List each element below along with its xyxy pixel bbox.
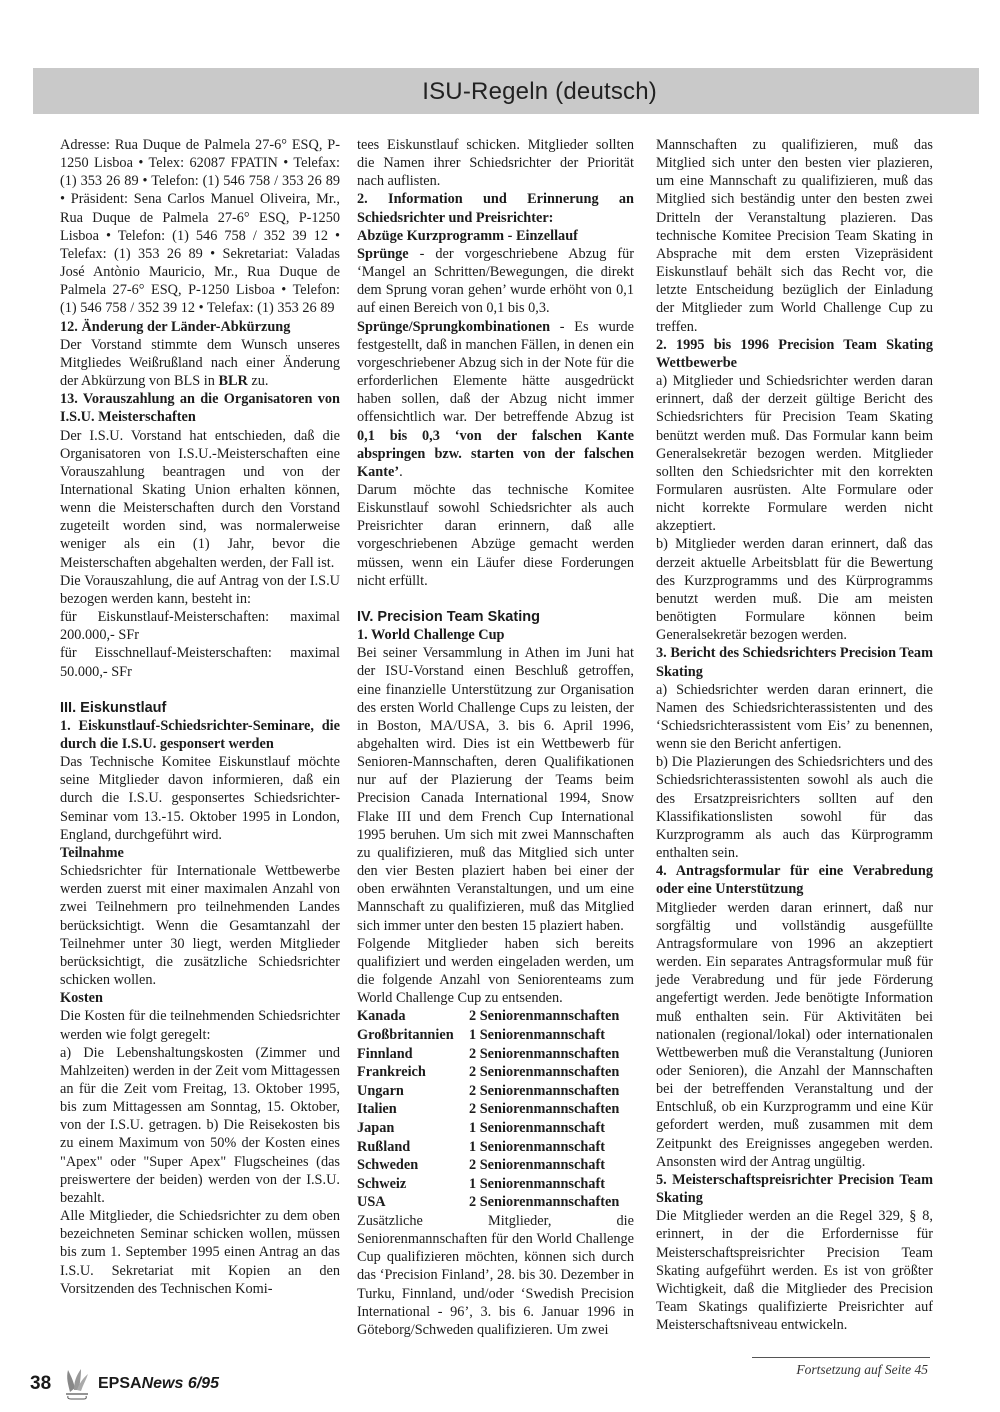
header-band: ISU-Regeln (deutsch): [33, 68, 979, 114]
zusaetzlich-text: Zusätzliche Mitglieder, die Seniorenmann…: [357, 1212, 634, 1339]
section4-heading: IV. Precision Team Skating: [357, 608, 634, 626]
page-title: ISU-Regeln (deutsch): [422, 78, 657, 106]
table-row: Schweden2 Seniorenmannschaft: [357, 1156, 634, 1175]
section3-heading: III. Eiskunstlauf: [60, 699, 340, 717]
item13-text: Der I.S.U. Vorstand hat entschieden, daß…: [60, 427, 340, 572]
address-block: Adresse: Rua Duque de Palmela 27-6° ESQ,…: [60, 136, 340, 318]
item12-heading: 12. Änderung der Länder-Abkürzung: [60, 318, 340, 336]
kosten-text1: Die Kosten für die teilnehmenden Schieds…: [60, 1007, 340, 1043]
kosten-text3: Alle Mitglieder, die Schiedsrichter zu d…: [60, 1207, 340, 1298]
table-row: Finnland2 Seniorenmannschaften: [357, 1045, 634, 1064]
item2-heading: 2. Information und Erinnerung an Schieds…: [357, 190, 634, 226]
item4-heading: 4. Antragsformular für eine Verabredung …: [656, 862, 933, 898]
item13-heading: 13. Vorauszahlung an die Organisatoren v…: [60, 390, 340, 426]
item3-heading: 3. Bericht des Schiedsrichters Precision…: [656, 644, 933, 680]
kombi-text: Sprünge/Sprungkombinationen - Es wurde f…: [357, 318, 634, 481]
teilnahme-heading: Teilnahme: [60, 844, 340, 862]
kosten-heading: Kosten: [60, 989, 340, 1007]
item3-b: b) Die Plazierungen des Schiedsrichters …: [656, 753, 933, 862]
team-allotment-table: Kanada2 Seniorenmannschaften Großbritann…: [357, 1007, 634, 1212]
folgende-text: Folgende Mitglieder haben sich bereits q…: [357, 935, 634, 1008]
abzuege-heading: Abzüge Kurzprogramm - Einzellauf: [357, 227, 634, 245]
item1-heading: 1. Eiskunstlauf-Schiedsrichter-Seminare,…: [60, 717, 340, 753]
teilnahme-text: Schiedsrichter für Internationale Wettbe…: [60, 862, 340, 989]
magazine-name: EPSANews 6/95: [98, 1375, 219, 1393]
advance-speed-skating: für Eisschnellauf-Meisterschaften: maxim…: [60, 644, 340, 680]
continuation-text: Mannschaften zu qualifizieren, muß das M…: [656, 136, 933, 336]
page-number: 38: [30, 1373, 51, 1395]
continuation-text: tees Eiskunstlauf schicken. Mitglieder s…: [357, 136, 634, 190]
item4-text: Mitglieder werden daran erinnert, daß nu…: [656, 899, 933, 1171]
darum-text: Darum möchte das technische Komitee Eisk…: [357, 481, 634, 590]
table-row: Japan1 Seniorenmannschaft: [357, 1119, 634, 1138]
table-row: Kanada2 Seniorenmannschaften: [357, 1007, 634, 1026]
skate-wing-logo-icon: [62, 1366, 92, 1400]
table-row: Frankreich2 Seniorenmannschaften: [357, 1063, 634, 1082]
table-row: Italien2 Seniorenmannschaften: [357, 1100, 634, 1119]
item2-a: a) Mitglieder und Schiedsrichter werden …: [656, 372, 933, 535]
table-row: Rußland1 Seniorenmannschaft: [357, 1138, 634, 1157]
middle-column: tees Eiskunstlauf schicken. Mitglieder s…: [357, 136, 634, 1339]
advance-figure-skating: für Eiskunstlauf-Meisterschaften: maxima…: [60, 608, 340, 644]
right-column: Mannschaften zu qualifizieren, muß das M…: [656, 136, 933, 1334]
spruenge-text: Sprünge - der vorgeschriebene Abzug für …: [357, 245, 634, 318]
continuation-rule: [752, 1357, 930, 1358]
table-row: Ungarn2 Seniorenmannschaften: [357, 1082, 634, 1101]
item2-heading: 2. 1995 bis 1996 Precision Team Skating …: [656, 336, 933, 372]
item3-a: a) Schiedsrichter werden daran erinnert,…: [656, 681, 933, 754]
wcc-heading: 1. World Challenge Cup: [357, 626, 634, 644]
item13-text2: Die Vorauszahlung, die auf Antrag von de…: [60, 572, 340, 608]
item1-text: Das Technische Komitee Eiskunstlauf möch…: [60, 753, 340, 844]
item2-b: b) Mitglieder werden daran erinnert, daß…: [656, 535, 933, 644]
item12-text: Der Vorstand stimmte dem Wunsch unseres …: [60, 336, 340, 390]
kosten-text2: a) Die Lebenshaltungskosten (Zimmer und …: [60, 1044, 340, 1207]
item5-text: Die Mitglieder werden an die Regel 329, …: [656, 1207, 933, 1334]
continuation-note: Fortsetzung auf Seite 45: [796, 1362, 928, 1378]
left-column: Adresse: Rua Duque de Palmela 27-6° ESQ,…: [60, 136, 340, 1298]
table-row: Großbritannien1 Seniorenmannschaft: [357, 1026, 634, 1045]
item5-heading: 5. Meisterschaftspreisrichter Precision …: [656, 1171, 933, 1207]
table-row: Schweiz1 Seniorenmannschaft: [357, 1175, 634, 1194]
table-row: USA2 Seniorenmannschaften: [357, 1193, 634, 1212]
wcc-text: Bei seiner Versammlung in Athen im Juni …: [357, 644, 634, 935]
